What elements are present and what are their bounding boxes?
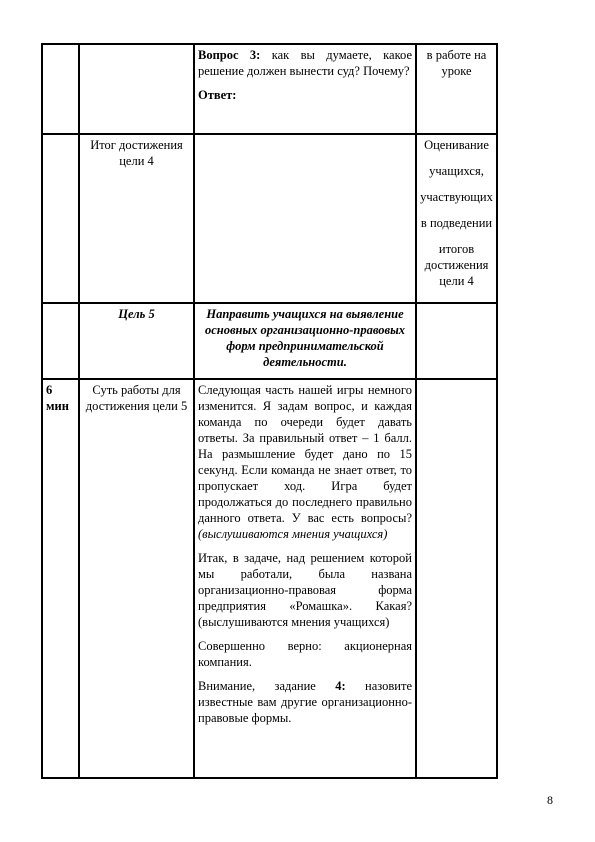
- time-cell: [42, 134, 79, 303]
- paragraph: Совершенно верно: акционерная компания.: [198, 638, 412, 670]
- stage-cell: Итог достижения цели 4: [79, 134, 194, 303]
- table-row: Итог достижения цели 4 Оценивание учащих…: [42, 134, 497, 303]
- content-cell: [194, 134, 416, 303]
- paragraph: Следующая часть нашей игры немного измен…: [198, 382, 412, 542]
- note-cell: в работе на уроке: [416, 44, 497, 134]
- table-row: Цель 5 Направить учащихся на выявление о…: [42, 303, 497, 379]
- paragraph: Итак, в задаче, над решением которой мы …: [198, 550, 412, 630]
- lesson-plan-table: Вопрос 3: как вы думаете, какое решение …: [41, 43, 498, 779]
- note-line: Оценивание: [420, 137, 493, 153]
- table-row: Вопрос 3: как вы думаете, какое решение …: [42, 44, 497, 134]
- time-cell: [42, 303, 79, 379]
- note-line: участвующих: [420, 189, 493, 205]
- question-label: Вопрос 3:: [198, 48, 260, 62]
- goal-cell: Направить учащихся на выявление основных…: [194, 303, 416, 379]
- content-cell: Следующая часть нашей игры немного измен…: [194, 379, 416, 778]
- content-cell: Вопрос 3: как вы думаете, какое решение …: [194, 44, 416, 134]
- paragraph: Внимание, задание 4: назовите известные …: [198, 678, 412, 726]
- stage-cell: Цель 5: [79, 303, 194, 379]
- answer-label: Ответ:: [198, 87, 412, 103]
- time-cell: [42, 44, 79, 134]
- stage-cell: [79, 44, 194, 134]
- stage-cell: Суть работы для достижения цели 5: [79, 379, 194, 778]
- page-number: 8: [547, 793, 553, 808]
- note-cell: [416, 303, 497, 379]
- time-cell: 6 мин: [42, 379, 79, 778]
- note-cell: Оценивание учащихся, участвующих в подве…: [416, 134, 497, 303]
- note-cell: [416, 379, 497, 778]
- note-line: в подведении: [420, 215, 493, 231]
- note-line: учащихся,: [420, 163, 493, 179]
- note-line: итогов достижения цели 4: [420, 241, 493, 289]
- table-row: 6 мин Суть работы для достижения цели 5 …: [42, 379, 497, 778]
